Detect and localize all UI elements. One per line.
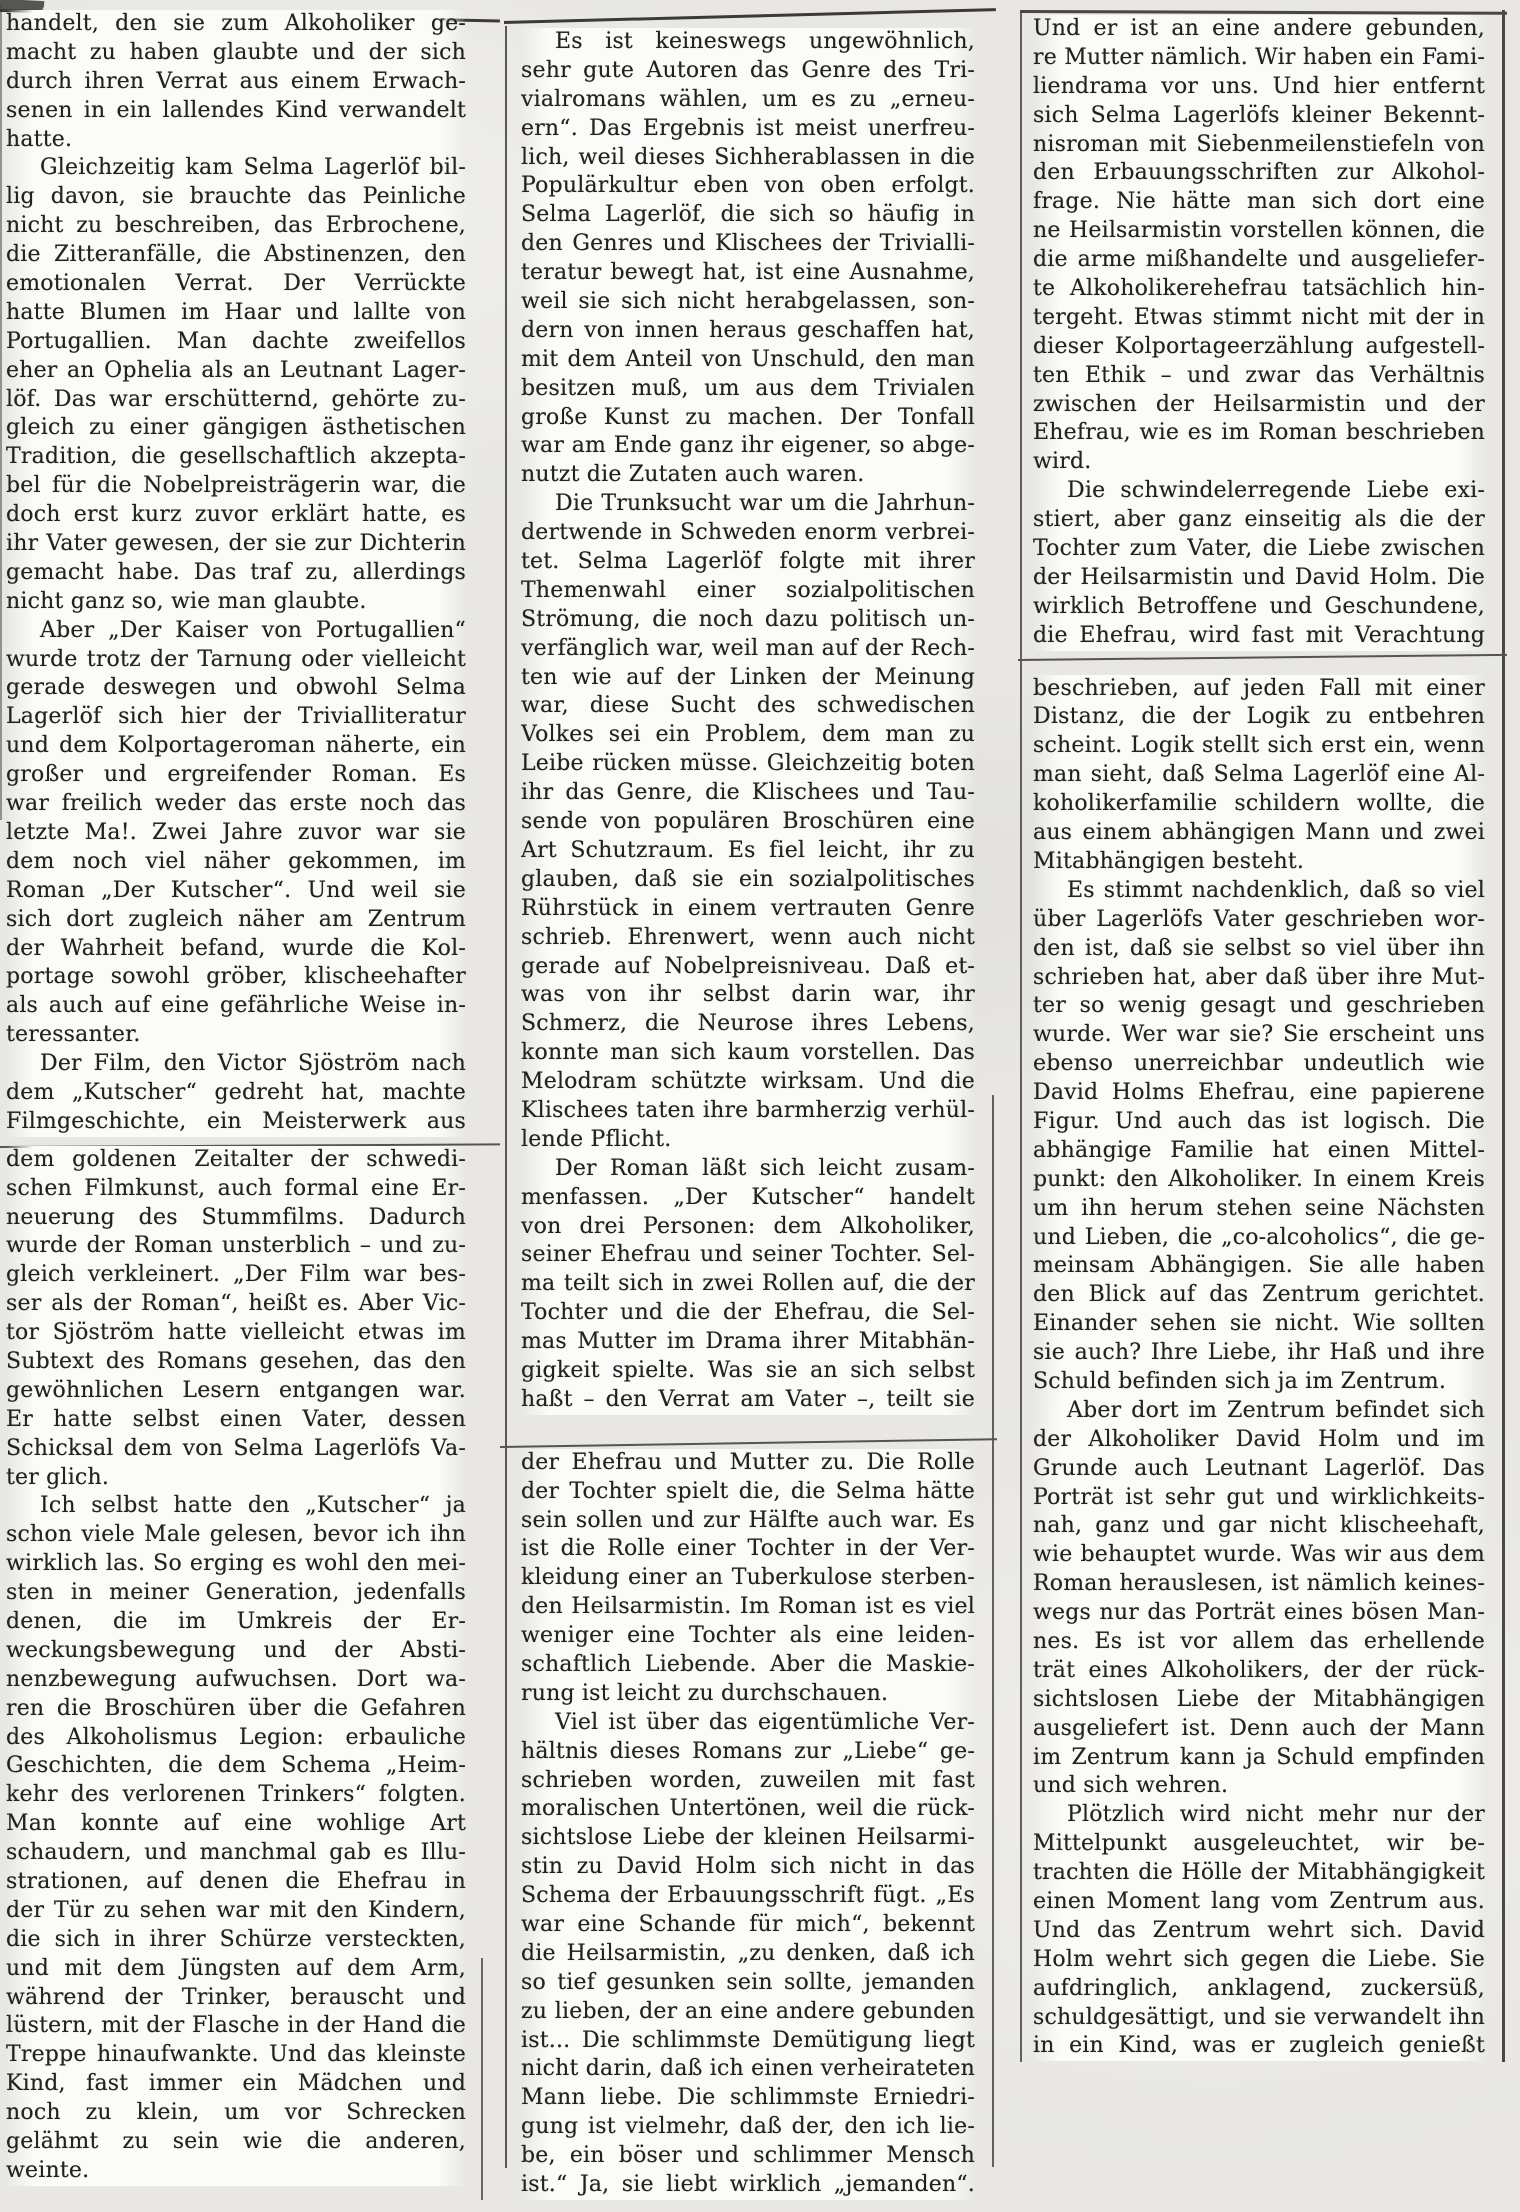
text-line: Ich selbst hatte den „Kutscher“ ja [6, 1492, 466, 1521]
text-line: frage. Nie hätte man sich dort eine klei… [1033, 188, 1485, 217]
text-line: Es stimmt nachdenklich, daß so viel [1033, 877, 1485, 906]
text-line: nisroman mit Siebenmeilenstiefeln von [1033, 131, 1485, 160]
text-line: aus einem abhängigen Mann und zwei [1033, 819, 1485, 848]
text-line: eher an Ophelia als an Leutnant Lager- [6, 357, 466, 386]
text-line: mas Mutter im Drama ihrer Mitabhän- [521, 1328, 975, 1357]
text-line: als auch auf eine gefährliche Weise in- [6, 992, 466, 1021]
text-line: ne Heilsarmistin vorstellen können, die [1033, 217, 1485, 246]
text-line: sichtslose Liebe der kleinen Heilsarmi- [521, 1824, 975, 1853]
text-line: lig davon, sie brauchte das Peinliche [6, 183, 466, 212]
text-line: gleich verkleinert. „Der Film war bes- [6, 1261, 466, 1290]
text-line: wurde. Wer war sie? Sie erscheint uns [1033, 1021, 1485, 1050]
text-line: Aber dort im Zentrum befindet sich [1033, 1397, 1485, 1426]
column-2-right-rule [992, 1095, 994, 2167]
text-line: einen Moment lang vom Zentrum aus. [1033, 1888, 1485, 1917]
text-line: gelähmt zu sein wie die anderen, [6, 2128, 466, 2157]
text-line: während der Trinker, berauscht und [6, 1984, 466, 2013]
text-line: kehr des verlorenen Trinkers“ folgten. [6, 1781, 466, 1810]
text-line: ern“. Das Ergebnis ist meist unerfreu- [521, 115, 975, 144]
text-line: scheint. Logik stellt sich erst ein, wen… [1033, 732, 1485, 761]
text-line: lich, weil dieses Sichherablassen in die [521, 144, 975, 173]
text-line: gemacht habe. Das traf zu, allerdings [6, 559, 466, 588]
text-line: tet. Selma Lagerlöf folgte mit ihrer [521, 548, 975, 577]
text-line: den Erbauungsschriften zur Alkohol- [1033, 159, 1485, 188]
text-line: ist die Rolle einer Tochter in der Ver- [521, 1535, 975, 1564]
text-line: löf. Das war erschütternd, gehörte zu- [6, 386, 466, 415]
text-line: vialromans wählen, um es zu „erneu- [521, 86, 975, 115]
text-line: beschrieben, auf jeden Fall mit einer [1033, 675, 1485, 704]
text-line: Leibe rücken müsse. Gleichzeitig boten [521, 750, 975, 779]
text-line: den Genres und Klischees der Trivialli- [521, 230, 975, 259]
text-line: nicht ganz so, wie man glaubte. [6, 588, 466, 617]
text-line: Volkes sei ein Problem, dem man zu [521, 721, 975, 750]
text-line: mit dem Anteil von Unschuld, den man [521, 346, 975, 375]
text-line: Themenwahl einer sozialpolitischen [521, 577, 975, 606]
text-line: man sieht, daß Selma Lagerlöf eine Al- [1033, 761, 1485, 790]
text-column-2: Es ist keineswegs ungewöhnlich, daßsehr … [521, 28, 975, 2200]
text-line: weinte. [6, 2157, 466, 2186]
text-line: war eine Schande für mich“, bekennt [521, 1911, 975, 1940]
text-line: nenzbewegung aufwuchsen. Dort wa- [6, 1666, 466, 1695]
text-line: Schicksal dem von Selma Lagerlöfs Va- [6, 1435, 466, 1464]
text-line: und dem Kolportageroman näherte, ein [6, 732, 466, 761]
clipping-seam-gap [521, 1415, 975, 1449]
text-line: senen in ein lallendes Kind verwandelt [6, 97, 466, 126]
text-line: Der Film, den Victor Sjöström nach [6, 1050, 466, 1079]
text-line: dern von innen heraus geschaffen hat, [521, 317, 975, 346]
text-line: wird. [1033, 448, 1485, 477]
text-line: Und er ist an eine andere gebunden, ih- [1033, 15, 1485, 44]
text-line: gerade deswegen und obwohl Selma [6, 674, 466, 703]
text-line: tor Sjöström hatte vielleicht etwas im [6, 1319, 466, 1348]
text-line: Treppe hinaufwankte. Und das kleinste [6, 2041, 466, 2070]
text-line: sein sollen und zur Hälfte auch war. Es [521, 1507, 975, 1536]
text-line: Tochter zum Vater, die Liebe zwischen [1033, 535, 1485, 564]
column-3-right-rule [1502, 10, 1505, 2062]
text-line: so tief gesunken sein sollte, jemanden [521, 1969, 975, 1998]
text-line: Plötzlich wird nicht mehr nur der [1033, 1801, 1485, 1830]
text-line: wurde trotz der Tarnung oder vielleicht [6, 646, 466, 675]
clipping-top-edge-column-3 [1020, 10, 1507, 15]
text-line: den Heilsarmistin. Im Roman ist es viel [521, 1593, 975, 1622]
text-line: war freilich weder das erste noch das [6, 790, 466, 819]
text-line: war, diese Sucht des schwedischen [521, 692, 975, 721]
text-line: der Wahrheit befand, wurde die Kol- [6, 935, 466, 964]
text-line: schuldgesättigt, und sie verwandelt ihn [1033, 2004, 1485, 2033]
text-line: Einander sehen sie nicht. Wie sollten [1033, 1310, 1485, 1339]
text-line: der Heilsarmistin und David Holm. Die [1033, 564, 1485, 593]
text-line: ihr Vater gewesen, der sie zur Dichterin [6, 530, 466, 559]
text-column-1: handelt, den sie zum Alkoholiker ge-mach… [6, 10, 466, 2186]
text-line: war am Ende ganz ihr eigener, so abge- [521, 432, 975, 461]
text-line: und Lieben, die „co-alcoholics“, die ge- [1033, 1224, 1485, 1253]
text-line: ist... Die schlimmste Demütigung liegt [521, 2027, 975, 2056]
text-line: dertwende in Schweden enorm verbrei- [521, 519, 975, 548]
text-line: was von ihr selbst darin war, ihr eigene… [521, 981, 975, 1010]
text-line: re Mutter nämlich. Wir haben ein Fami- [1033, 44, 1485, 73]
text-line: ter glich. [6, 1464, 466, 1493]
text-line: Mittelpunkt ausgeleuchtet, wir be- [1033, 1830, 1485, 1859]
text-line: Roman herauslesen, ist nämlich keines- [1033, 1570, 1485, 1599]
text-line: sten in meiner Generation, jedenfalls [6, 1579, 466, 1608]
text-line: im Zentrum kann ja Schuld empfinden [1033, 1744, 1485, 1773]
text-line: Holm wehrt sich gegen die Liebe. Sie ist [1033, 1946, 1485, 1975]
text-line: sich Selma Lagerlöfs kleiner Bekennt- [1033, 102, 1485, 131]
text-line: koholikerfamilie schildern wollte, die [1033, 790, 1485, 819]
text-line: weckungsbewegung und der Absti- [6, 1637, 466, 1666]
text-line: Aber „Der Kaiser von Portugallien“ [6, 617, 466, 646]
text-line: Man konnte auf eine wohlige Art [6, 1810, 466, 1839]
text-line: ist.“ Ja, sie liebt wirklich „jemanden“. [521, 2171, 975, 2200]
text-line: gerade auf Nobelpreisniveau. Daß et- [521, 953, 975, 982]
text-line: hältnis dieses Romans zur „Liebe“ ge- [521, 1738, 975, 1767]
text-line: Figur. Und auch das ist logisch. Die mit… [1033, 1108, 1485, 1137]
text-line: liendrama vor uns. Und hier entfernt [1033, 73, 1485, 102]
text-line: der Tür zu sehen war mit den Kindern, [6, 1897, 466, 1926]
text-line: Rührstück in einem vertrauten Genre [521, 895, 975, 924]
text-line: weniger eine Tochter als eine leiden- [521, 1622, 975, 1651]
text-line: und sich wehren. [1033, 1772, 1485, 1801]
text-line: Er hatte selbst einen Vater, dessen [6, 1406, 466, 1435]
text-line: Portugallien. Man dachte zweifellos [6, 328, 466, 357]
text-line: Ehefrau, wie es im Roman beschrieben [1033, 419, 1485, 448]
text-line: Mann liebe. Die schlimmste Erniedri- [521, 2084, 975, 2113]
text-line: meinsam Abhängigen. Sie alle haben [1033, 1252, 1485, 1281]
text-line: Schuld befinden sich ja im Zentrum. [1033, 1368, 1485, 1397]
text-line: wie behauptet wurde. Was wir aus dem [1033, 1541, 1485, 1570]
text-line: tergeht. Etwas stimmt nicht mit der in [1033, 304, 1485, 333]
text-line: sichtslosen Liebe der Mitabhängigen [1033, 1686, 1485, 1715]
text-line: nes. Es ist vor allem das erhellende Por… [1033, 1628, 1485, 1657]
text-line: trät eines Alkoholikers, der der rück- [1033, 1657, 1485, 1686]
text-line: und mit dem Jüngsten auf dem Arm, [6, 1955, 466, 1984]
text-line: Der Roman läßt sich leicht zusam- [521, 1155, 975, 1184]
text-line: ebenso unerreichbar undeutlich wie [1033, 1050, 1485, 1079]
text-line: gigkeit spielte. Was sie an sich selbst [521, 1357, 975, 1386]
text-line: über Lagerlöfs Vater geschrieben wor- [1033, 906, 1485, 935]
text-line: nah, ganz und gar nicht klischeehaft, [1033, 1512, 1485, 1541]
text-line: teressanter. [6, 1021, 466, 1050]
text-line: sende von populären Broschüren eine [521, 808, 975, 837]
text-line: lende Pflicht. [521, 1126, 975, 1155]
text-line: dem noch viel näher gekommen, im [6, 848, 466, 877]
text-line: Es ist keineswegs ungewöhnlich, daß [521, 28, 975, 57]
text-line: Gleichzeitig kam Selma Lagerlöf bil- [6, 154, 466, 183]
text-line: nicht darin, daß ich einen verheirateten [521, 2055, 975, 2084]
text-line: emotionalen Verrat. Der Verrückte [6, 270, 466, 299]
text-line: Strömung, die noch dazu politisch un- [521, 606, 975, 635]
text-line: bel für die Nobelpreisträgerin war, die [6, 472, 466, 501]
text-line: ten Ethik – und zwar das Verhältnis [1033, 362, 1485, 391]
text-line: Schema der Erbauungsschrift fügt. „Es [521, 1882, 975, 1911]
text-line: nicht zu beschreiben, das Erbrochene, [6, 212, 466, 241]
text-line: Die Trunksucht war um die Jahrhun- [521, 490, 975, 519]
text-line: ren die Broschüren über die Gefahren [6, 1695, 466, 1724]
text-line: großer und ergreifender Roman. Es [6, 761, 466, 790]
text-line: Klischees taten ihre barmherzig verhül- [521, 1097, 975, 1126]
text-line: doch erst kurz zuvor erklärt hatte, es s… [6, 501, 466, 530]
text-line: glauben, daß sie ein sozialpolitisches [521, 866, 975, 895]
text-line: neuerung des Stummfilms. Dadurch [6, 1204, 466, 1233]
text-line: kleidung einer an Tuberkulose sterben- [521, 1564, 975, 1593]
text-line: die sich in ihrer Schürze versteckten, [6, 1926, 466, 1955]
text-line: Tochter und die der Ehefrau, die Sel- [521, 1299, 975, 1328]
text-line: Mitabhängigen besteht. [1033, 848, 1485, 877]
text-line: Kind, fast immer ein Mädchen und [6, 2070, 466, 2099]
text-line: Viel ist über das eigentümliche Ver- [521, 1709, 975, 1738]
text-line: portage sowohl gröber, klischeehafter [6, 963, 466, 992]
clipping-seam-gap [1033, 651, 1485, 675]
text-line: weil sie sich nicht herabgelassen, son- [521, 288, 975, 317]
text-line: um ihn herum stehen seine Nächsten [1033, 1195, 1485, 1224]
text-line: stin zu David Holm sich nicht in das [521, 1853, 975, 1882]
column-2-left-rule [505, 26, 507, 2168]
text-line: die arme mißhandelte und ausgeliefer- [1033, 246, 1485, 275]
text-line: schaudern, und manchmal gab es Illu- [6, 1839, 466, 1868]
text-line: ihr das Genre, die Klischees und Tau- [521, 779, 975, 808]
text-line: Lagerlöf sich hier der Trivialliteratur [6, 703, 466, 732]
text-line: Und das Zentrum wehrt sich. David [1033, 1917, 1485, 1946]
text-line: dieser Kolportageerzählung aufgestell- [1033, 333, 1485, 362]
text-line: sie auch? Ihre Liebe, ihr Haß und ihre [1033, 1339, 1485, 1368]
text-line: seiner Ehefrau und seiner Tochter. Sel- [521, 1241, 975, 1270]
text-line: den ist, daß sie selbst so viel über ihn… [1033, 935, 1485, 964]
text-line: teratur bewegt hat, ist eine Ausnahme, [521, 259, 975, 288]
text-line: den Blick auf das Zentrum gerichtet. [1033, 1281, 1485, 1310]
text-line: des Alkoholismus Legion: erbauliche [6, 1724, 466, 1753]
text-line: menfassen. „Der Kutscher“ handelt [521, 1184, 975, 1213]
text-line: wurde der Roman unsterblich – und zu- [6, 1232, 466, 1261]
text-line: verfänglich war, weil man auf der Rech- [521, 635, 975, 664]
text-line: gung ist vielmehr, daß der, den ich lie- [521, 2113, 975, 2142]
text-line: letzte Ma!. Zwei Jahre zuvor war sie [6, 819, 466, 848]
column-1-right-rule [481, 1958, 483, 2200]
text-line: große Kunst zu machen. Der Tonfall [521, 404, 975, 433]
text-line: die Ehefrau, wird fast mit Verachtung [1033, 622, 1485, 651]
text-line: Geschichten, die dem Schema „Heim- [6, 1752, 466, 1781]
text-line: schon viele Male gelesen, bevor ich ihn [6, 1521, 466, 1550]
text-line: der Ehefrau und Mutter zu. Die Rolle [521, 1449, 975, 1478]
text-line: Die schwindelerregende Liebe exi- [1033, 477, 1485, 506]
text-line: ten wie auf der Linken der Meinung [521, 664, 975, 693]
text-line: trachten die Hölle der Mitabhängigkeit [1033, 1859, 1485, 1888]
text-line: wirklich Betroffene und Geschundene, [1033, 593, 1485, 622]
text-line: von drei Personen: dem Alkoholiker, [521, 1213, 975, 1242]
text-line: sich dort zugleich näher am Zentrum [6, 906, 466, 935]
text-line: strationen, auf denen die Ehefrau in [6, 1868, 466, 1897]
text-line: dem goldenen Zeitalter der schwedi- [6, 1146, 466, 1175]
text-line: Distanz, die der Logik zu entbehren [1033, 703, 1485, 732]
clipping-top-edge-column-2 [504, 8, 996, 24]
text-line: wirklich las. So erging es wohl den mei- [6, 1550, 466, 1579]
text-line: besitzen muß, um aus dem Trivialen [521, 375, 975, 404]
text-line: haßt – den Verrat am Vater –, teilt sie [521, 1386, 975, 1415]
text-line: te Alkoholikerehefrau tatsächlich hin- [1033, 275, 1485, 304]
text-line: Roman „Der Kutscher“. Und weil sie [6, 877, 466, 906]
text-line: ser als der Roman“, heißt es. Aber Vic- [6, 1290, 466, 1319]
text-line: zwischen der Heilsarmistin und der [1033, 391, 1485, 420]
text-line: macht zu haben glaubte und der sich [6, 39, 466, 68]
scanned-article-page: handelt, den sie zum Alkoholiker ge-mach… [0, 0, 1520, 2212]
text-line: schen Filmkunst, auch formal eine Er- [6, 1175, 466, 1204]
text-line: die Heilsarmistin, „zu denken, daß ich [521, 1940, 975, 1969]
text-line: noch zu klein, um vor Schrecken [6, 2099, 466, 2128]
text-line: aufdringlich, anklagend, zuckersüß, [1033, 1975, 1485, 2004]
column-3-left-rule [1020, 10, 1022, 2062]
text-line: zu lieben, der an eine andere gebunden [521, 1998, 975, 2027]
text-line: schaftlich Liebende. Aber die Maskie- [521, 1651, 975, 1680]
text-line: handelt, den sie zum Alkoholiker ge- [6, 10, 466, 39]
text-column-3: Und er ist an eine andere gebunden, ih-r… [1033, 15, 1485, 2061]
text-line: rung ist leicht zu durchschauen. [521, 1680, 975, 1709]
text-line: lüstern, mit der Flasche in der Hand die [6, 2012, 466, 2041]
clipping-left-edge [0, 0, 2, 820]
text-line: ma teilt sich in zwei Rollen auf, die de… [521, 1270, 975, 1299]
text-line: abhängige Familie hat einen Mittel- [1033, 1137, 1485, 1166]
text-line: Populärkultur eben von oben erfolgt. [521, 172, 975, 201]
text-line: die Zitteranfälle, die Abstinenzen, den [6, 241, 466, 270]
text-line: schrieb. Ehrenwert, wenn auch nicht [521, 924, 975, 953]
text-line: Selma Lagerlöf, die sich so häufig in [521, 201, 975, 230]
text-line: Grunde auch Leutnant Lagerlöf. Das [1033, 1455, 1485, 1484]
text-line: Porträt ist sehr gut und wirklichkeits- [1033, 1484, 1485, 1513]
text-line: ausgeliefert ist. Denn auch der Mann [1033, 1715, 1485, 1744]
text-line: dem „Kutscher“ gedreht hat, machte [6, 1079, 466, 1108]
text-line: gleich zu einer gängigen ästhetischen [6, 414, 466, 443]
clipping-seam-gap [6, 1137, 466, 1146]
text-line: konnte man sich kaum vorstellen. Das [521, 1039, 975, 1068]
text-line: gewöhnlichen Lesern entgangen war. [6, 1377, 466, 1406]
text-line: schrieben worden, zuweilen mit fast [521, 1767, 975, 1796]
text-line: der Alkoholiker David Holm und im [1033, 1426, 1485, 1455]
text-line: punkt: den Alkoholiker. In einem Kreis [1033, 1166, 1485, 1195]
text-line: Filmgeschichte, ein Meisterwerk aus [6, 1108, 466, 1137]
text-line: Schmerz, die Neurose ihres Lebens, das [521, 1010, 975, 1039]
text-line: Tradition, die gesellschaftlich akzepta- [6, 443, 466, 472]
text-line: der Tochter spielt die, die Selma hätte [521, 1478, 975, 1507]
text-line: ter so wenig gesagt und geschrieben [1033, 992, 1485, 1021]
text-line: Subtext des Romans gesehen, das den [6, 1348, 466, 1377]
text-line: in ein Kind, was er zugleich genießt und [1033, 2032, 1485, 2061]
text-line: be, ein böser und schlimmer Mensch [521, 2142, 975, 2171]
text-line: moralischen Untertönen, weil die rück- [521, 1795, 975, 1824]
text-line: sehr gute Autoren das Genre des Tri- [521, 57, 975, 86]
text-line: schrieben hat, aber daß über ihre Mut- [1033, 964, 1485, 993]
text-line: hatte. [6, 126, 466, 155]
text-line: denen, die im Umkreis der Er- [6, 1608, 466, 1637]
text-line: Melodram schützte wirksam. Und die [521, 1068, 975, 1097]
text-line: wegs nur das Porträt eines bösen Man- [1033, 1599, 1485, 1628]
text-line: hatte Blumen im Haar und lallte von [6, 299, 466, 328]
text-line: Art Schutzraum. Es fiel leicht, ihr zu [521, 837, 975, 866]
text-line: durch ihren Verrat aus einem Erwach- [6, 68, 466, 97]
text-line: David Holms Ehefrau, eine papierene [1033, 1079, 1485, 1108]
text-line: stiert, aber ganz einseitig als die der [1033, 506, 1485, 535]
text-line: nutzt die Zutaten auch waren. [521, 461, 975, 490]
